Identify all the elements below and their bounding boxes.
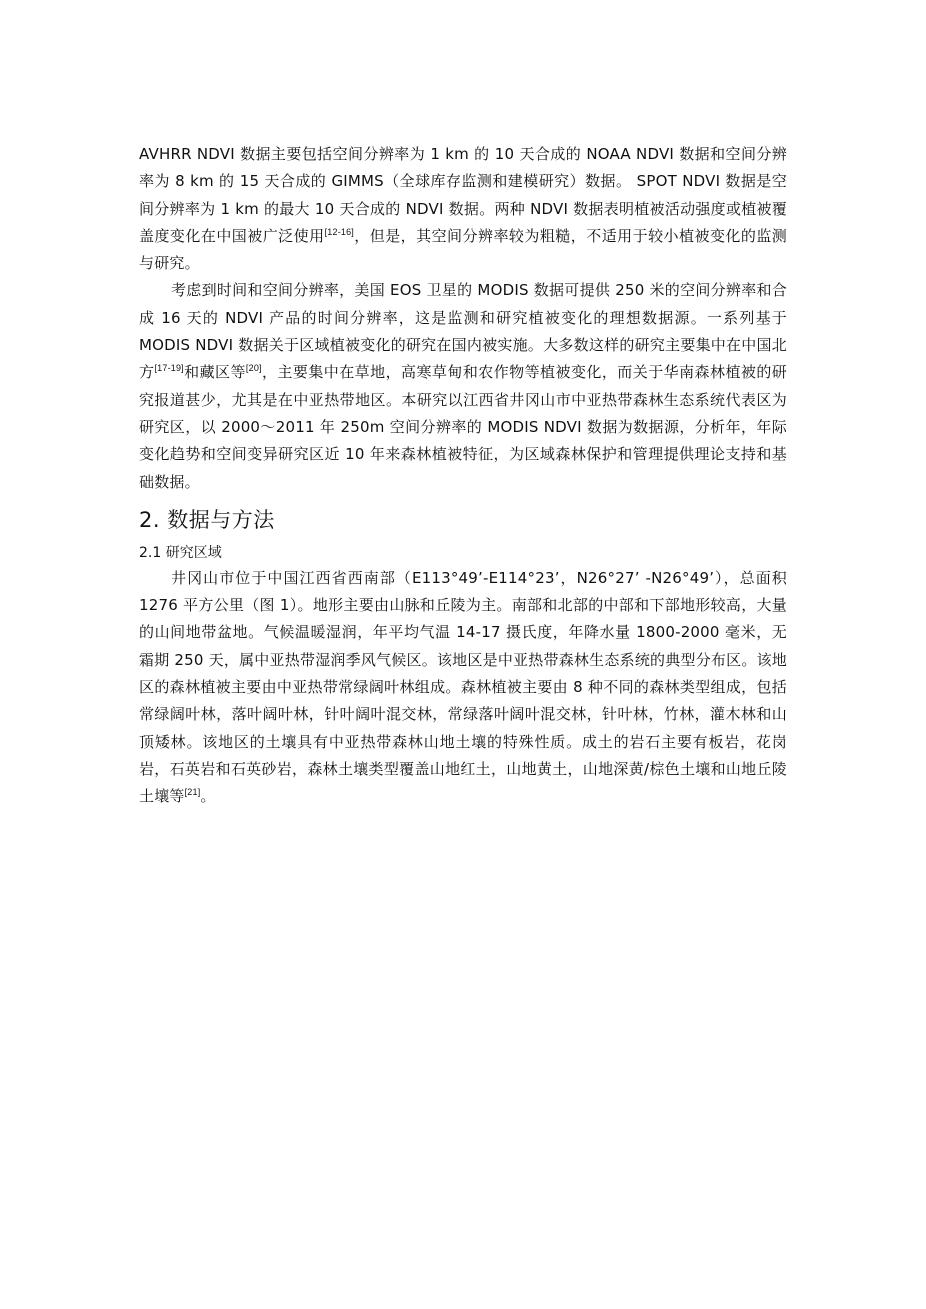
document-page: AVHRR NDVI 数据主要包括空间分辨率为 1 km 的 10 天合成的 N… <box>139 141 787 811</box>
citation-ref: [20] <box>246 363 262 373</box>
paragraph-modis-motivation: 考虑到时间和空间分辨率，美国 EOS 卫星的 MODIS 数据可提供 250 米… <box>139 277 787 495</box>
paragraph-text: 。 <box>200 787 215 805</box>
citation-ref: [17-19] <box>154 363 183 373</box>
citation-ref: [12-16] <box>325 227 354 237</box>
paragraph-ndvi-datasets: AVHRR NDVI 数据主要包括空间分辨率为 1 km 的 10 天合成的 N… <box>139 141 787 277</box>
section-heading: 2. 数据与方法 <box>139 505 787 535</box>
paragraph-text: ，主要集中在草地，高寒草甸和农作物等植被变化，而关于华南森林植被的研究报道甚少，… <box>139 363 787 490</box>
paragraph-study-area: 井冈山市位于中国江西省西南部（E113°49’-E114°23’，N26°27’… <box>139 565 787 811</box>
paragraph-text: 和藏区等 <box>184 363 246 381</box>
citation-ref: [21] <box>185 787 201 797</box>
subsection-heading: 2.1 研究区域 <box>139 541 787 565</box>
paragraph-text: 井冈山市位于中国江西省西南部（E113°49’-E114°23’，N26°27’… <box>139 569 787 805</box>
